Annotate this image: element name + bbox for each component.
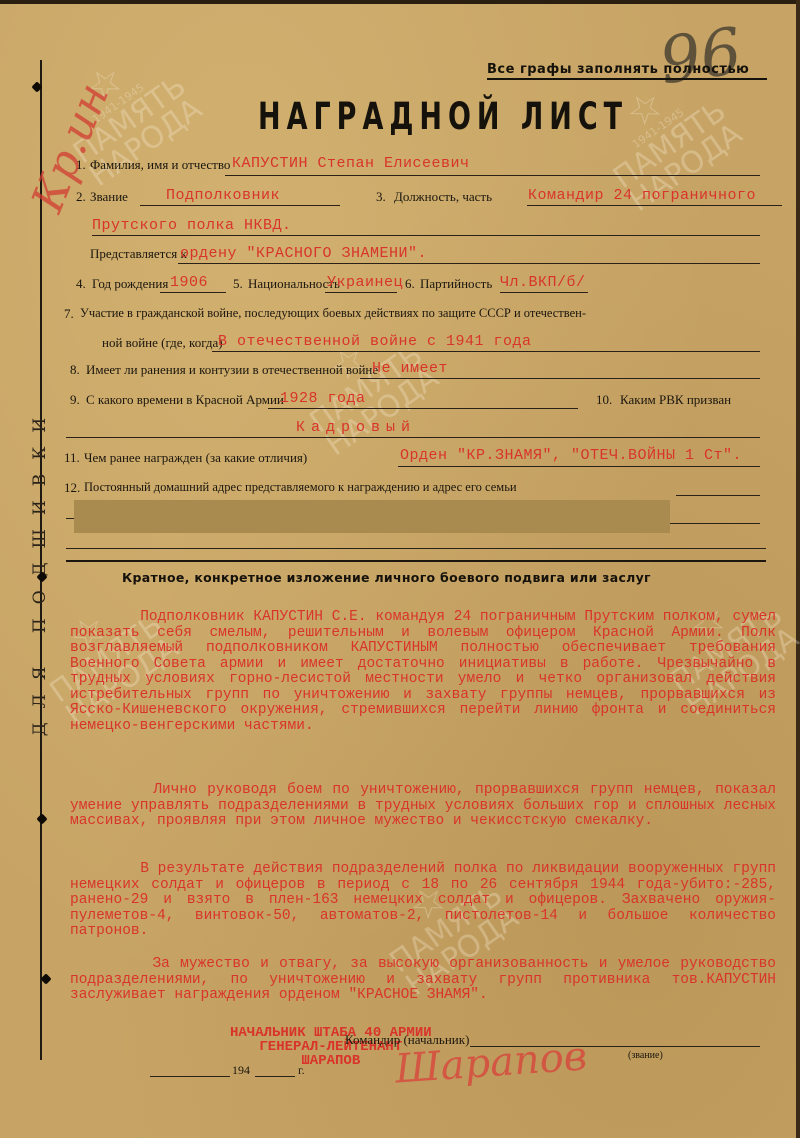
field-9-label: С какого времени в Красной Армии	[86, 392, 284, 408]
field-11-label: Чем ранее награжден (за какие отличия)	[84, 450, 307, 466]
field-12-number: 12.	[64, 480, 80, 496]
field-11-number: 11.	[64, 450, 80, 466]
field-6-line	[500, 292, 588, 293]
field-7-label-cont: ной войне (где, когда)	[102, 335, 223, 351]
field-1-label: Фамилия, имя и отчество	[90, 157, 230, 173]
field-2-line	[140, 205, 340, 206]
field-4-line	[160, 292, 226, 293]
field-5-value: Украинец	[327, 274, 403, 291]
address-line-2	[66, 548, 766, 549]
field-10-label: Каким РВК призван	[620, 392, 731, 408]
binding-label: ДЛЯ ПОДШИВКИ	[20, 420, 60, 720]
field-4-label: Год рождения	[92, 276, 168, 292]
field-3-value: Командир 24 пограничного	[528, 187, 756, 204]
field-7-value: В отечественной войне с 1941 года	[218, 333, 532, 350]
scan-edge-top	[0, 0, 800, 4]
field-9-line	[268, 408, 578, 409]
address-line-stub	[66, 518, 74, 519]
scan-edge-right	[796, 0, 800, 1138]
field-11-line	[398, 466, 760, 467]
address-line	[670, 523, 760, 524]
narrative-paragraph-1: Подполковник КАПУСТИН С.Е. командуя 24 п…	[70, 610, 776, 734]
field-9-value: 1928 года	[280, 390, 366, 407]
field-8-label: Имеет ли ранения и контузии в отечествен…	[86, 362, 378, 378]
field-5-number: 5.	[233, 276, 243, 292]
section-divider	[66, 560, 766, 562]
field-11-value: Орден "КР.ЗНАМЯ", "ОТЕЧ.ВОЙНЫ 1 Ст".	[400, 447, 742, 464]
field-2-number: 2.	[76, 189, 86, 205]
field-8-value: Не имеет	[372, 360, 448, 377]
field-7-number: 7.	[64, 306, 74, 322]
date-year-line	[255, 1076, 295, 1077]
field-4-value: 1906	[170, 274, 208, 291]
field-12-label: Постоянный домашний адрес представляемог…	[84, 480, 517, 495]
field-10-value: Кадровый	[296, 419, 416, 436]
field-12-line	[676, 495, 760, 496]
punch-hole-icon	[40, 973, 51, 984]
field-10-line	[66, 437, 760, 438]
field-9-number: 9.	[70, 392, 80, 408]
field-8-line	[360, 378, 760, 379]
field-1-number: 1.	[76, 157, 86, 173]
field-4-number: 4.	[76, 276, 86, 292]
date-prefix: 194	[232, 1063, 250, 1078]
instruction-note: Все графы заполнять полностью	[487, 62, 767, 80]
field-8-number: 8.	[70, 362, 80, 378]
field-6-label: Партийность	[420, 276, 492, 292]
field-2-value: Подполковник	[166, 187, 280, 204]
award-presented-label: Представляется к	[90, 246, 187, 262]
narrative-paragraph-4: За мужество и отвагу, за высокую организ…	[70, 957, 776, 1004]
narrative-paragraph-2: Лично руководя боем по уничтожению, прор…	[70, 783, 776, 830]
date-line	[150, 1076, 230, 1077]
section-title: Кратное, конкретное изложение личного бо…	[122, 570, 651, 585]
date-suffix: г.	[298, 1063, 305, 1078]
field-3-line-cont	[92, 235, 760, 236]
field-7-line	[212, 351, 760, 352]
field-2-label: Звание	[90, 189, 128, 205]
document-title: НАГРАДНОЙ ЛИСТ	[258, 95, 628, 139]
award-presented-line	[178, 263, 760, 264]
field-6-number: 6.	[405, 276, 415, 292]
redacted-address-block	[74, 500, 670, 533]
field-3-number: 3.	[376, 189, 386, 205]
field-6-value: Чл.ВКП/б/	[500, 274, 586, 291]
field-3-value-cont: Прутского полка НКВД.	[92, 217, 292, 234]
field-10-number: 10.	[596, 392, 612, 408]
punch-hole-icon	[36, 813, 47, 824]
award-sheet-page: ☆ 1941-1945 ПАМЯТЬ НАРОДА ☆ 1941-1945 ПА…	[0, 0, 800, 1138]
field-5-line	[325, 292, 397, 293]
field-3-line	[527, 205, 782, 206]
narrative-paragraph-3: В результате действия подразделений полк…	[70, 862, 776, 940]
award-presented-value: ордену "КРАСНОГО ЗНАМЕНИ".	[180, 245, 427, 262]
field-7-label: Участие в гражданской войне, последующих…	[80, 306, 586, 321]
rank-label: (звание)	[628, 1050, 663, 1061]
pencil-sheet-number: 96	[655, 15, 746, 100]
field-1-line	[225, 175, 760, 176]
field-1-value: КАПУСТИН Степан Елисеевич	[232, 155, 470, 172]
field-3-label: Должность, часть	[394, 189, 492, 205]
